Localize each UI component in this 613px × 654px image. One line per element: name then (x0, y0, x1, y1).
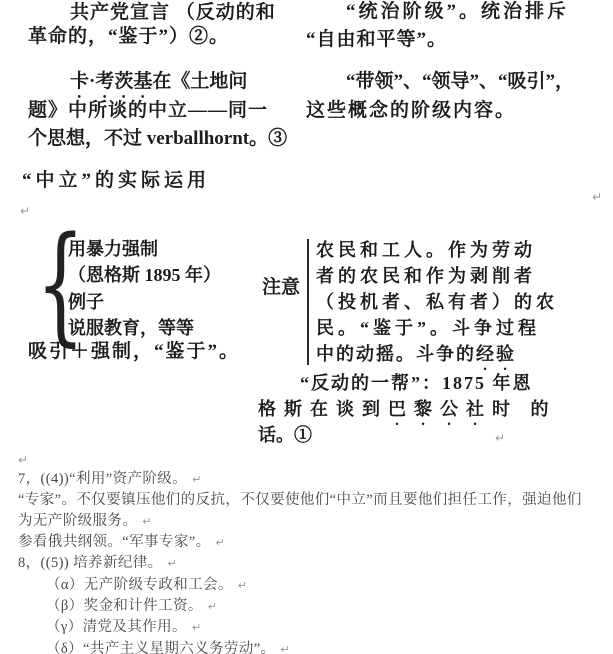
paragraph-mark-icon: ↵ (215, 536, 224, 549)
typed-line-5-text: 8，((5)) 培养新纪律。 (18, 555, 163, 571)
tail-line-2-pre: 格斯在谈到 (258, 399, 388, 419)
typed-line-delta: （δ）“共产主义星期六义务劳动”。↵ (46, 640, 290, 654)
scan-right-line-1: “统治阶级”。统治排斥 (346, 1, 569, 23)
typed-line-3-text: 为无产阶级服务。 (18, 513, 137, 529)
typed-line-2: “专家”。不仅要镇压他们的反抗，不仅要使他们“中立”而且要他们担任工作，强迫他们 (18, 491, 582, 510)
typed-line-1: 7，((4))“利用”资产阶级。↵ (18, 470, 201, 489)
paragraph-mark-icon: ↵ (192, 473, 201, 486)
scan-left-line-1: 共产党宣言 （反动的和 (70, 2, 276, 24)
scan-left-line-3: 卡·考茨基在《土地问 (70, 71, 247, 103)
note-line-4: 民。“鉴于”。斗争过程 (316, 317, 540, 339)
paragraph-mark-icon: ↵ (192, 621, 201, 634)
brace-item-4: 说服教育，等等 (68, 317, 194, 339)
paragraph-mark-icon: ↵ (281, 643, 290, 654)
typed-line-beta: （β）奖金和计件工资。↵ (46, 597, 217, 616)
scan-right-line-2: “自由和平等”。 (306, 29, 447, 51)
brace-item-3: 例子 (68, 291, 104, 313)
note-line-1: 农民和工人。作为劳动 (316, 239, 536, 261)
paragraph-mark-icon: ↵ (238, 579, 247, 592)
emphasized-name-kautsky: 卡·考茨基 (70, 71, 152, 92)
note-line-3: （投机者、私有者）的农 (316, 291, 558, 313)
typed-line-delta-text: （δ）“共产主义星期六义务劳动”。 (46, 641, 276, 654)
tail-line-3: 话。① (258, 424, 312, 446)
scan-right-line-3: “带领”、“领导”、“吸引”， (346, 71, 574, 93)
paragraph-mark-icon: ↵ (208, 600, 217, 613)
note-line-5-text: 中的动摇。斗争的 (316, 344, 476, 364)
tail-line-1: “反动的一帮”：1875 年恩 (300, 372, 533, 394)
paragraph-mark-icon: ↵ (168, 557, 177, 570)
tail-line-2-post: 时 的 (492, 399, 557, 419)
typed-line-gamma: （γ）清党及其作用。↵ (46, 618, 201, 637)
scan-left-line-4: 题》中所谈的中立——同一 (28, 100, 268, 122)
brace-sum-line: 吸引＋强制，“鉴于”。 (28, 341, 240, 363)
paragraph-mark-icon: ↵ (495, 431, 505, 445)
brace-item-2: （恩格斯 1895 年） (68, 264, 221, 286)
note-line-2: 者的农民和作为剥削者 (316, 265, 536, 287)
note-bracket-line (307, 239, 309, 365)
typed-line-alpha: （α）无产阶级专政和工会。↵ (46, 576, 247, 595)
typed-line-4-text: 参看俄共纲领。“军事专家”。 (18, 534, 210, 550)
brace-item-1: 用暴力强制 (68, 238, 158, 260)
paragraph-mark-icon: ↵ (142, 515, 151, 528)
note-line-5: 中的动摇。斗争的经验 (316, 343, 516, 374)
typed-line-4: 参看俄共纲领。“军事专家”。↵ (18, 533, 225, 552)
paragraph-mark-icon: ↵ (18, 453, 28, 467)
typed-line-5: 8，((5)) 培养新纪律。↵ (18, 554, 177, 573)
typed-line-2-text: “专家”。不仅要镇压他们的反抗，不仅要使他们“中立”而且要他们担任工作，强迫他们 (18, 492, 582, 508)
scan-left-line-3-rest: 在《土地问 (152, 71, 247, 92)
typed-line-alpha-text: （α）无产阶级专政和工会。 (46, 577, 233, 593)
scan-left-line-5: 个思想，不过 verballhornt。③ (28, 128, 287, 150)
document-page: 共产党宣言 （反动的和 革命的，“鉴于”）②。 卡·考茨基在《土地问 题》中所谈… (0, 0, 613, 654)
paragraph-mark-icon: ↵ (20, 204, 30, 218)
scan-section-heading: “中立”的实际运用 (22, 170, 210, 192)
typed-line-gamma-text: （γ）清党及其作用。 (46, 619, 187, 635)
scan-right-line-4: 这些概念的阶级内容。 (306, 100, 516, 122)
emphasized-word-experience: 经验 (476, 344, 516, 364)
typed-line-beta-text: （β）奖金和计件工资。 (46, 598, 203, 614)
scan-left-line-2: 革命的，“鉴于”）②。 (28, 26, 229, 48)
note-label: 注意 (262, 277, 300, 299)
paragraph-mark-icon: ↵ (592, 190, 602, 204)
typed-line-1-text: 7，((4))“利用”资产阶级。 (18, 471, 187, 487)
typed-line-3: 为无产阶级服务。↵ (18, 512, 151, 531)
emphasized-word-paris-commune: 巴黎公社 (388, 399, 492, 419)
